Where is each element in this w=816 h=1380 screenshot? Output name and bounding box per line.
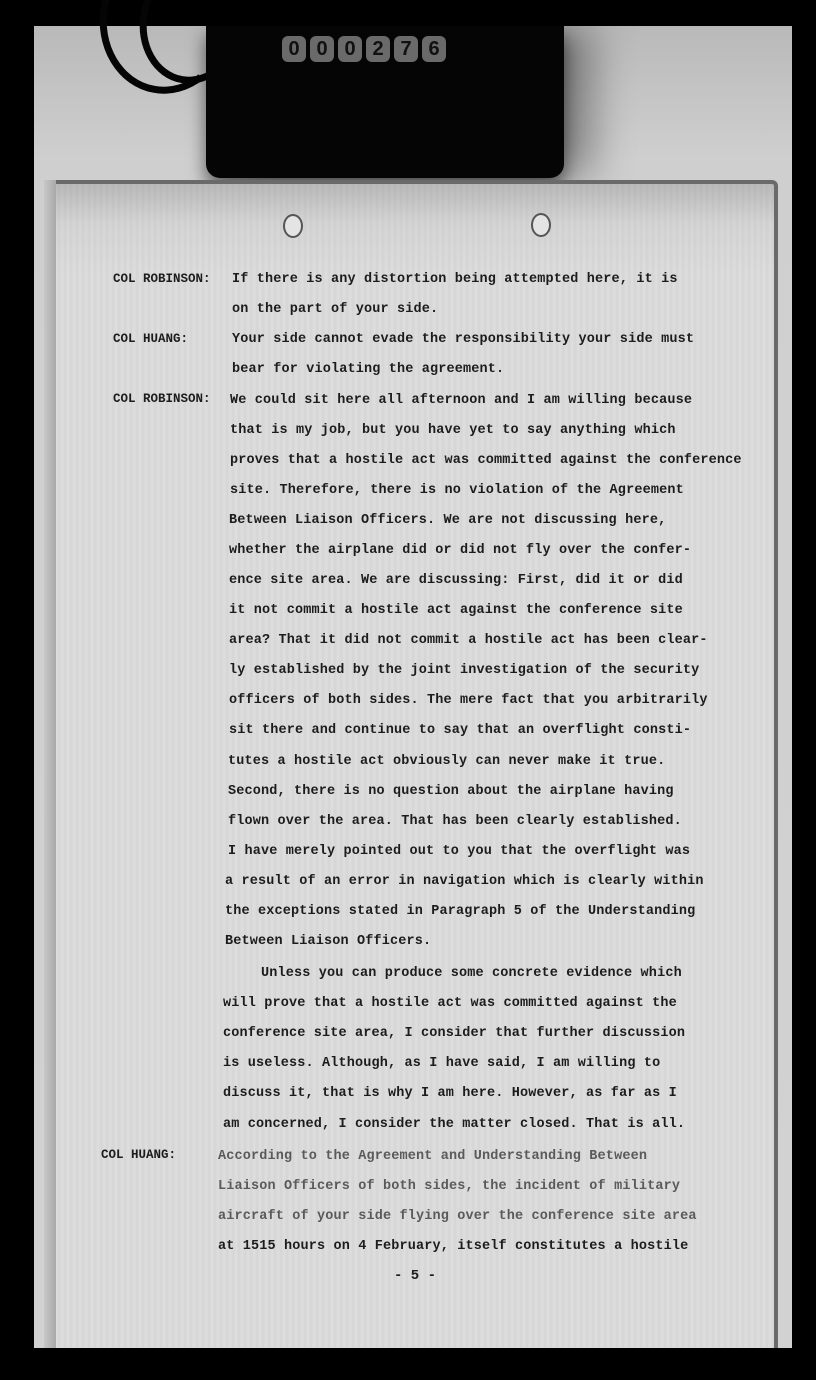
transcript-line: ly established by the joint investigatio… (229, 663, 699, 678)
speaker-label: COL ROBINSON: (113, 392, 211, 406)
transcript-line: Second, there is no question about the a… (228, 784, 674, 799)
transcript-line: If there is any distortion being attempt… (232, 272, 678, 287)
counter-digit: 6 (422, 36, 446, 62)
frame-counter-digits: 0 0 0 2 7 6 (282, 36, 446, 62)
transcript-line: it not commit a hostile act against the … (229, 603, 683, 618)
counter-digit: 2 (366, 36, 390, 62)
transcript-line: Between Liaison Officers. (225, 934, 431, 949)
transcript-line: discuss it, that is why I am here. Howev… (223, 1086, 677, 1101)
transcript-line: According to the Agreement and Understan… (218, 1149, 647, 1164)
transcript-line: the exceptions stated in Paragraph 5 of … (225, 904, 695, 919)
speaker-label: COL HUANG: (101, 1148, 176, 1162)
transcript-line: on the part of your side. (232, 302, 438, 317)
transcript-line: area? That it did not commit a hostile a… (229, 633, 708, 648)
punch-hole (283, 214, 303, 238)
transcript-line: Your side cannot evade the responsibilit… (232, 332, 694, 347)
speaker-label: COL HUANG: (113, 332, 188, 346)
transcript-line: officers of both sides. The mere fact th… (229, 693, 708, 708)
counter-digit: 7 (394, 36, 418, 62)
transcript-line: bear for violating the agreement. (232, 362, 504, 377)
transcript-line: is useless. Although, as I have said, I … (223, 1056, 660, 1071)
counter-digit: 0 (338, 36, 362, 62)
transcript-line: Unless you can produce some concrete evi… (261, 966, 682, 981)
transcript-line: that is my job, but you have yet to say … (230, 423, 676, 438)
transcript-line: Liaison Officers of both sides, the inci… (218, 1179, 680, 1194)
counter-digit: 0 (310, 36, 334, 62)
speaker-label: COL ROBINSON: (113, 272, 211, 286)
transcript-line: at 1515 hours on 4 February, itself cons… (218, 1239, 688, 1254)
transcript-line: site. Therefore, there is no violation o… (230, 483, 684, 498)
transcript-line: proves that a hostile act was committed … (230, 453, 742, 468)
transcript-line: We could sit here all afternoon and I am… (230, 393, 692, 408)
transcript-line: will prove that a hostile act was commit… (223, 996, 677, 1011)
transcript-line: conference site area, I consider that fu… (223, 1026, 685, 1041)
transcript-line: I have merely pointed out to you that th… (228, 844, 690, 859)
page-number: - 5 - (394, 1268, 436, 1284)
transcript-line: sit there and continue to say that an ov… (229, 723, 691, 738)
transcript-line: flown over the area. That has been clear… (228, 814, 682, 829)
transcript-line: a result of an error in navigation which… (225, 874, 704, 889)
transcript-line: tutes a hostile act obviously can never … (228, 754, 665, 769)
transcript-line: Between Liaison Officers. We are not dis… (229, 513, 666, 528)
counter-digit: 0 (282, 36, 306, 62)
transcript-line: whether the airplane did or did not fly … (229, 543, 691, 558)
transcript-line: am concerned, I consider the matter clos… (223, 1117, 685, 1132)
transcript-line: ence site area. We are discussing: First… (229, 573, 683, 588)
transcript-line: aircraft of your side flying over the co… (218, 1209, 697, 1224)
page-edge-shadow (44, 180, 56, 1348)
punch-hole (531, 213, 551, 237)
